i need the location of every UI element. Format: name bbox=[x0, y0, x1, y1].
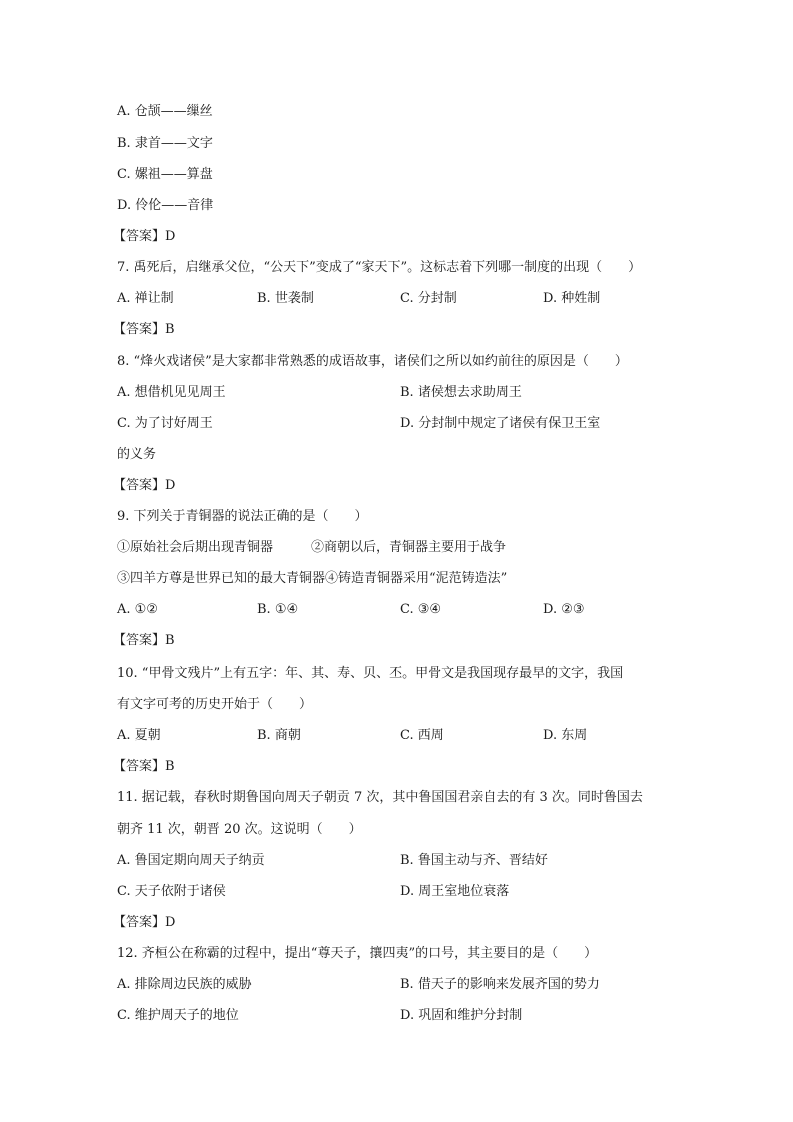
q10-option-c: C. 西周 bbox=[400, 728, 444, 744]
q10-option-b: B. 商朝 bbox=[257, 728, 301, 744]
q6-answer: 【答案】D bbox=[113, 229, 175, 245]
q12-option-a: A. 排除周边民族的威胁 bbox=[117, 977, 252, 993]
q6-option-d: D. 伶伦——音律 bbox=[117, 198, 213, 214]
q6-option-b: B. 隶首——文字 bbox=[117, 136, 213, 152]
q11-option-d: D. 周王室地位衰落 bbox=[400, 884, 509, 900]
q9-statements-3-4: ③四羊方尊是世界已知的最大青铜器④铸造青铜器采用“泥范铸造法” bbox=[117, 571, 507, 587]
q8-option-c: C. 为了讨好周王 bbox=[117, 416, 213, 432]
q12-question: 12. 齐桓公在称霸的过程中，提出“尊天子，攘四夷”的口号，其主要目的是（ ） bbox=[117, 946, 597, 962]
q8-question: 8. “烽火戏诸侯”是大家都非常熟悉的成语故事，诸侯们之所以如约前往的原因是（ … bbox=[117, 354, 628, 370]
q7-option-b: B. 世袭制 bbox=[257, 291, 314, 307]
q10-option-a: A. 夏朝 bbox=[117, 728, 161, 744]
q11-question-line2: 朝齐 11 次，朝晋 20 次。这说明（ ） bbox=[117, 822, 362, 838]
q11-option-b: B. 鲁国主动与齐、晋结好 bbox=[400, 853, 548, 869]
q7-question: 7. 禹死后，启继承父位，“公天下”变成了“家天下”。这标志着下列哪一制度的出现… bbox=[117, 260, 641, 276]
q9-question: 9. 下列关于青铜器的说法正确的是（ ） bbox=[117, 509, 368, 525]
q9-option-d: D. ②③ bbox=[543, 602, 585, 618]
q8-option-b: B. 诸侯想去求助周王 bbox=[400, 385, 522, 401]
q9-statement-2: ②商朝以后，青铜器主要用于战争 bbox=[311, 540, 506, 556]
q9-option-b: B. ①④ bbox=[257, 602, 298, 618]
q7-answer: 【答案】B bbox=[113, 322, 175, 338]
q11-option-c: C. 天子依附于诸侯 bbox=[117, 884, 226, 900]
q11-option-a: A. 鲁国定期向周天子纳贡 bbox=[117, 853, 265, 869]
q8-option-d-continuation: 的义务 bbox=[117, 447, 156, 463]
q10-question-line1: 10. “甲骨文残片”上有五字：年、其、寿、贝、丕。甲骨文是我国现存最早的文字，… bbox=[117, 666, 623, 682]
q11-question-line1: 11. 据记载，春秋时期鲁国向周天子朝贡 7 次，其中鲁国国君亲自去的有 3 次… bbox=[117, 790, 643, 806]
q6-option-a: A. 仓颉——缫丝 bbox=[117, 104, 213, 120]
document-page: A. 仓颉——缫丝 B. 隶首——文字 C. 嫘祖——算盘 D. 伶伦——音律 … bbox=[0, 0, 793, 1122]
q12-option-d: D. 巩固和维护分封制 bbox=[400, 1008, 522, 1024]
q11-answer: 【答案】D bbox=[113, 915, 175, 931]
q7-option-d: D. 种姓制 bbox=[543, 291, 600, 307]
q8-option-d: D. 分封制中规定了诸侯有保卫王室 bbox=[400, 416, 600, 432]
q7-option-a: A. 禅让制 bbox=[117, 291, 174, 307]
q10-option-d: D. 东周 bbox=[543, 728, 587, 744]
q10-question-line2: 有文字可考的历史开始于（ ） bbox=[117, 697, 312, 713]
q9-option-a: A. ①② bbox=[117, 602, 158, 618]
q10-answer: 【答案】B bbox=[113, 759, 175, 775]
q12-option-b: B. 借天子的影响来发展齐国的势力 bbox=[400, 977, 600, 993]
q7-option-c: C. 分封制 bbox=[400, 291, 457, 307]
q9-statement-1: ①原始社会后期出现青铜器 bbox=[117, 540, 273, 556]
q12-option-c: C. 维护周天子的地位 bbox=[117, 1008, 239, 1024]
q6-option-c: C. 嫘祖——算盘 bbox=[117, 167, 213, 183]
q9-answer: 【答案】B bbox=[113, 633, 175, 649]
q9-option-c: C. ③④ bbox=[400, 602, 441, 618]
q8-answer: 【答案】D bbox=[113, 478, 175, 494]
q8-option-a: A. 想借机见见周王 bbox=[117, 385, 226, 401]
